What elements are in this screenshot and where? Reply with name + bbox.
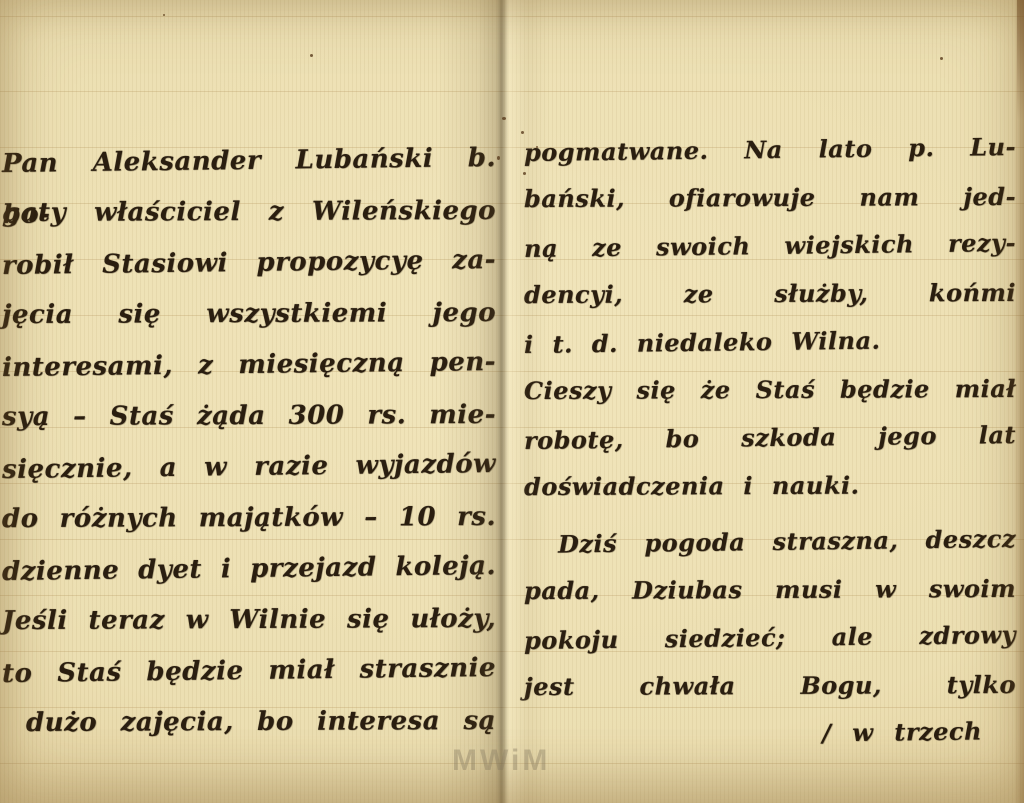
handwriting-line: pada, Dziubas musi w swoim	[524, 565, 1016, 615]
handwriting-right: pogmatwane. Na lato p. Lu-bański, ofiaro…	[510, 126, 1024, 758]
handwriting-left: Pan Aleksander Lubański b. bo-gaty właśc…	[0, 136, 500, 748]
ink-speck	[536, 146, 538, 148]
handwriting-line: bański, ofiarowuje nam jed-	[524, 173, 1016, 223]
handwriting-line: dencyi, ze służby, końmi	[524, 269, 1016, 319]
handwriting-line: Dziś pogoda straszna, deszcz	[524, 515, 1017, 569]
handwriting-line: jest chwała Bogu, tylko	[524, 661, 1016, 711]
handwriting-line: doświadczenia i nauki.	[524, 461, 1016, 511]
handwriting-line: dużo zajęcia, bo interesa są	[2, 696, 496, 749]
handwriting-line: robotę, bo szkoda jego lat	[524, 411, 1017, 465]
handwriting-line: do różnych majątków – 10 rs.	[2, 492, 496, 545]
handwriting-line: Cieszy się że Staś będzie miał	[524, 365, 1016, 415]
ink-speck	[523, 172, 526, 175]
handwriting-line: syą – Staś żąda 300 rs. mie-	[2, 390, 496, 443]
handwriting-line: gaty właściciel z Wileńskiego	[2, 186, 496, 239]
ink-speck	[163, 14, 165, 16]
handwriting-line: / w trzech	[524, 707, 1017, 761]
ink-speck	[310, 54, 313, 57]
watermark: MWiM	[452, 744, 550, 778]
ink-speck	[521, 131, 524, 134]
ink-speck	[497, 156, 500, 160]
handwriting-line: Jeśli teraz w Wilnie się ułoży,	[2, 594, 496, 647]
page-left: Pan Aleksander Lubański b. bo-gaty właśc…	[0, 0, 500, 803]
handwriting-line: i t. d. niedaleko Wilna.	[524, 315, 1017, 369]
handwriting-line: robił Stasiowi propozycyę za-	[2, 235, 497, 292]
handwriting-line: jęcia się wszystkiemi jego	[2, 288, 496, 341]
handwriting-line: pogmatwane. Na lato p. Lu-	[524, 123, 1017, 177]
handwriting-line: interesami, z miesięczną pen-	[2, 337, 497, 394]
ink-speck	[940, 57, 943, 60]
notebook-scan: Pan Aleksander Lubański b. bo-gaty właśc…	[0, 0, 1024, 803]
handwriting-line: Pan Aleksander Lubański b. bo-	[2, 133, 497, 190]
handwriting-line: ną ze swoich wiejskich rezy-	[524, 219, 1017, 273]
handwriting-line: pokoju siedzieć; ale zdrowy	[524, 611, 1017, 665]
handwriting-line: to Staś będzie miał strasznie	[2, 643, 497, 700]
handwriting-line: dzienne dyet i przejazd koleją.	[2, 541, 497, 598]
page-right: pogmatwane. Na lato p. Lu-bański, ofiaro…	[510, 0, 1024, 803]
ink-speck	[502, 117, 506, 120]
handwriting-line: sięcznie, a w razie wyjazdów	[2, 439, 497, 496]
